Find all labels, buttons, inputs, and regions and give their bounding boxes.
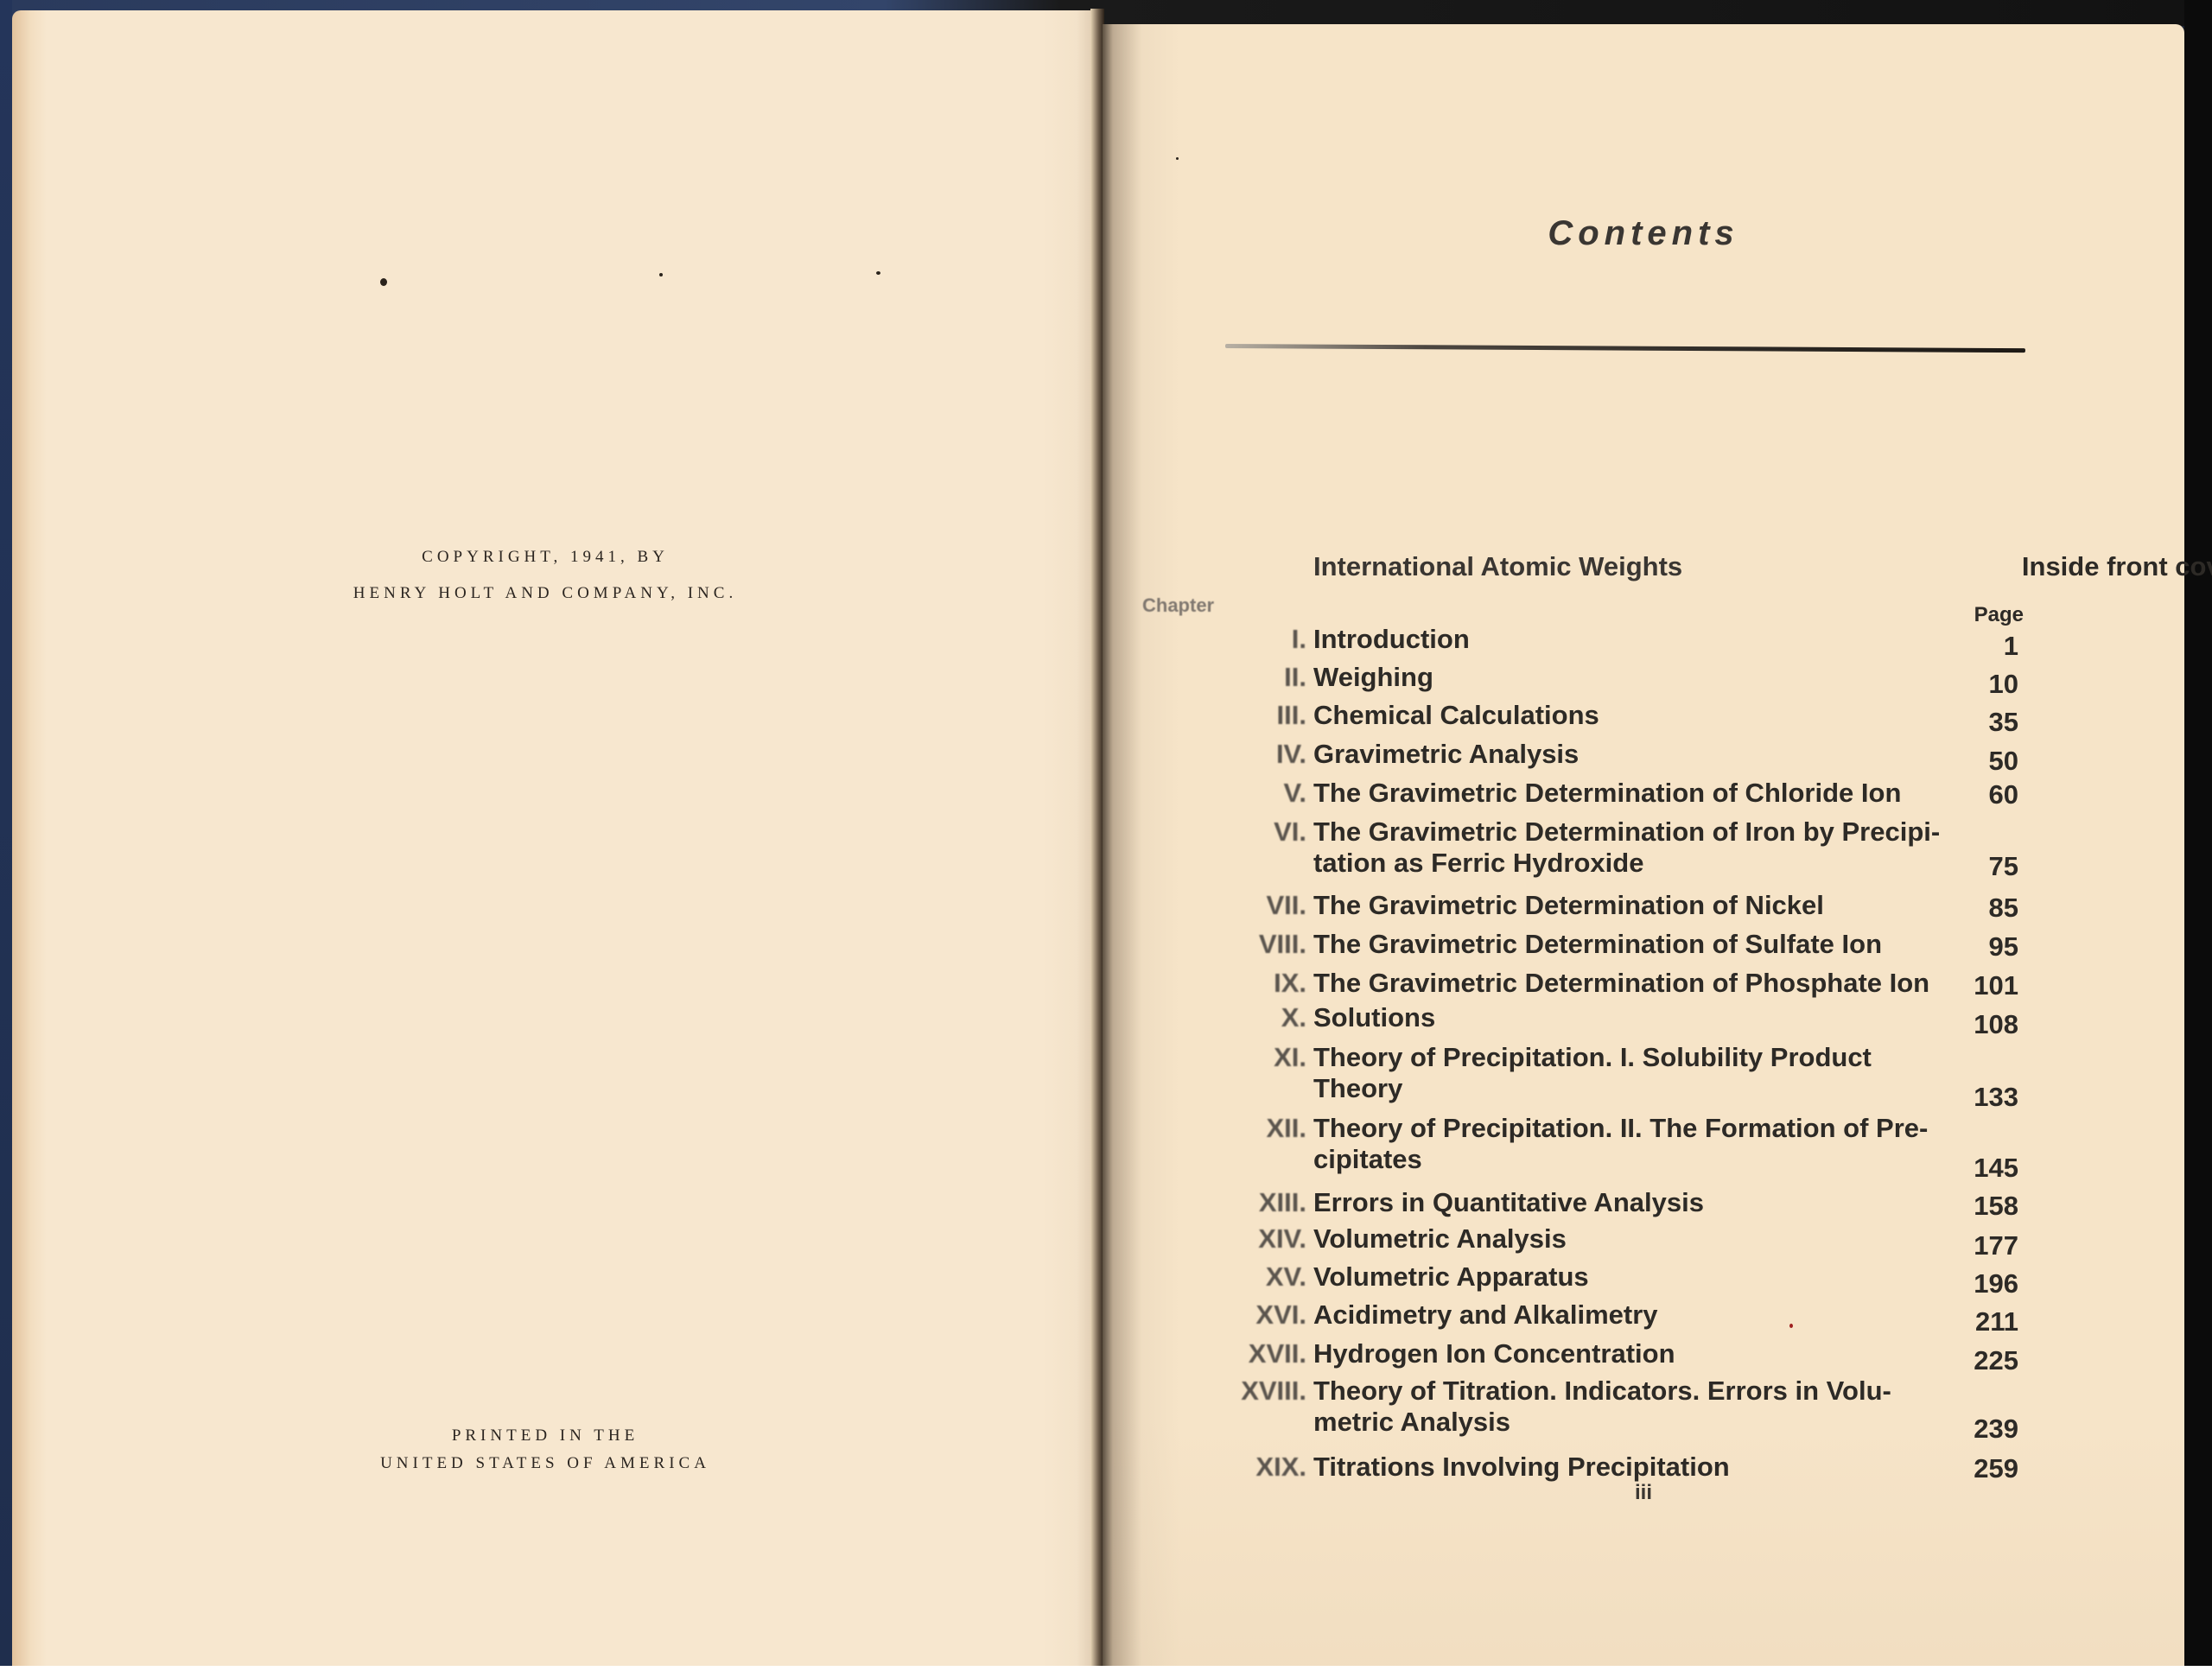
- chapter-title: The Gravimetric Determination of Phospha…: [1313, 968, 1948, 999]
- chapter-title: Hydrogen Ion Concentration: [1313, 1338, 1948, 1369]
- chapter-title: Gravimetric Analysis: [1313, 739, 1948, 770]
- chapter-title: The Gravimetric Determination of Iron by…: [1313, 816, 1948, 879]
- chapter-page: 158: [1974, 1191, 2018, 1222]
- chapter-number: IV.: [1276, 739, 1306, 770]
- paper-speck: [380, 278, 387, 286]
- chapter-title: Weighing: [1313, 662, 1948, 693]
- chapter-number: X.: [1281, 1002, 1306, 1033]
- chapter-title: Solutions: [1313, 1002, 1948, 1033]
- copyright-line: COPYRIGHT, 1941, BY: [0, 539, 1090, 575]
- chapter-page: 108: [1974, 1009, 2018, 1040]
- chapter-title: Acidimetry and Alkalimetry: [1313, 1299, 1948, 1331]
- chapter-page: 60: [1989, 779, 2018, 810]
- table-of-contents: International Atomic Weights Inside fron…: [1089, 0, 2039, 1642]
- printed-notice: PRINTED IN THE UNITED STATES OF AMERICA: [0, 1422, 1090, 1477]
- chapter-number: XVI.: [1255, 1299, 1306, 1331]
- background-edge-right: [2184, 0, 2212, 1666]
- chapter-title: Titrations Involving Precipitation: [1313, 1452, 1948, 1483]
- chapter-page: 101: [1974, 970, 2018, 1001]
- chapter-title: Theory of Titration. Indicators. Errors …: [1313, 1376, 1948, 1438]
- chapter-number: VII.: [1266, 890, 1306, 921]
- chapter-number: XIII.: [1259, 1187, 1306, 1218]
- page-number-folio: iii: [1103, 1481, 2184, 1505]
- chapter-number: VI.: [1274, 816, 1306, 848]
- chapter-number: V.: [1284, 778, 1306, 809]
- chapter-page: 196: [1974, 1268, 2018, 1299]
- chapter-number: XVIII.: [1241, 1376, 1306, 1407]
- chapter-title: The Gravimetric Determination of Nickel: [1313, 890, 1948, 921]
- chapter-page: 177: [1974, 1230, 2018, 1261]
- book-cover-edge-left: [0, 0, 12, 1666]
- chapter-number: XIX.: [1255, 1452, 1306, 1483]
- chapter-page: 1: [2004, 631, 2018, 662]
- chapter-title: The Gravimetric Determination of Sulfate…: [1313, 929, 1948, 960]
- chapter-title: Volumetric Analysis: [1313, 1223, 1948, 1255]
- chapter-number: XV.: [1266, 1261, 1306, 1293]
- publisher-line: HENRY HOLT AND COMPANY, INC.: [0, 575, 1090, 612]
- chapter-number: XVII.: [1249, 1338, 1306, 1369]
- chapter-page: 50: [1989, 746, 2018, 777]
- chapter-number: XII.: [1266, 1113, 1306, 1144]
- chapter-page: 133: [1974, 1082, 2018, 1113]
- book-scan: COPYRIGHT, 1941, BY HENRY HOLT AND COMPA…: [0, 0, 2212, 1666]
- paper-speck: [876, 271, 880, 275]
- chapter-page: 75: [1989, 851, 2018, 882]
- chapter-number: XIV.: [1258, 1223, 1306, 1255]
- chapter-number: II.: [1284, 662, 1306, 693]
- chapter-title: Introduction: [1313, 624, 1948, 655]
- chapter-page: 211: [1975, 1306, 2018, 1337]
- chapter-title: Theory of Precipitation. II. The Formati…: [1313, 1113, 1948, 1175]
- chapter-page: 259: [1974, 1453, 2018, 1484]
- left-page: [12, 10, 1103, 1666]
- chapter-title: Volumetric Apparatus: [1313, 1261, 1948, 1293]
- chapter-number: I.: [1292, 624, 1306, 655]
- chapter-page: 10: [1989, 669, 2018, 700]
- chapter-page: 85: [1989, 893, 2018, 924]
- paper-speck: [659, 273, 663, 276]
- chapter-page: 239: [1974, 1414, 2018, 1445]
- chapter-number: XI.: [1274, 1042, 1306, 1073]
- printed-line-2: UNITED STATES OF AMERICA: [0, 1450, 1090, 1477]
- printed-line-1: PRINTED IN THE: [0, 1422, 1090, 1450]
- chapter-page: 35: [1989, 707, 2018, 738]
- page-column-header: Page: [1974, 603, 2024, 627]
- chapter-number: III.: [1277, 700, 1306, 731]
- chapter-number: VIII.: [1259, 929, 1306, 960]
- chapter-title: Theory of Precipitation. I. Solubility P…: [1313, 1042, 1948, 1104]
- chapter-page: 225: [1974, 1345, 2018, 1376]
- chapter-title: The Gravimetric Determination of Chlorid…: [1313, 778, 1948, 809]
- front-matter-title: International Atomic Weights: [1313, 551, 1682, 582]
- chapter-column-header: Chapter: [1142, 594, 1214, 617]
- copyright-notice: COPYRIGHT, 1941, BY HENRY HOLT AND COMPA…: [0, 539, 1090, 612]
- chapter-page: 145: [1974, 1153, 2018, 1184]
- chapter-page: 95: [1989, 931, 2018, 963]
- front-matter-page-ref: Inside front cover: [2022, 551, 2212, 582]
- chapter-number: IX.: [1274, 968, 1306, 999]
- chapter-title: Errors in Quantitative Analysis: [1313, 1187, 1948, 1218]
- chapter-title: Chemical Calculations: [1313, 700, 1948, 731]
